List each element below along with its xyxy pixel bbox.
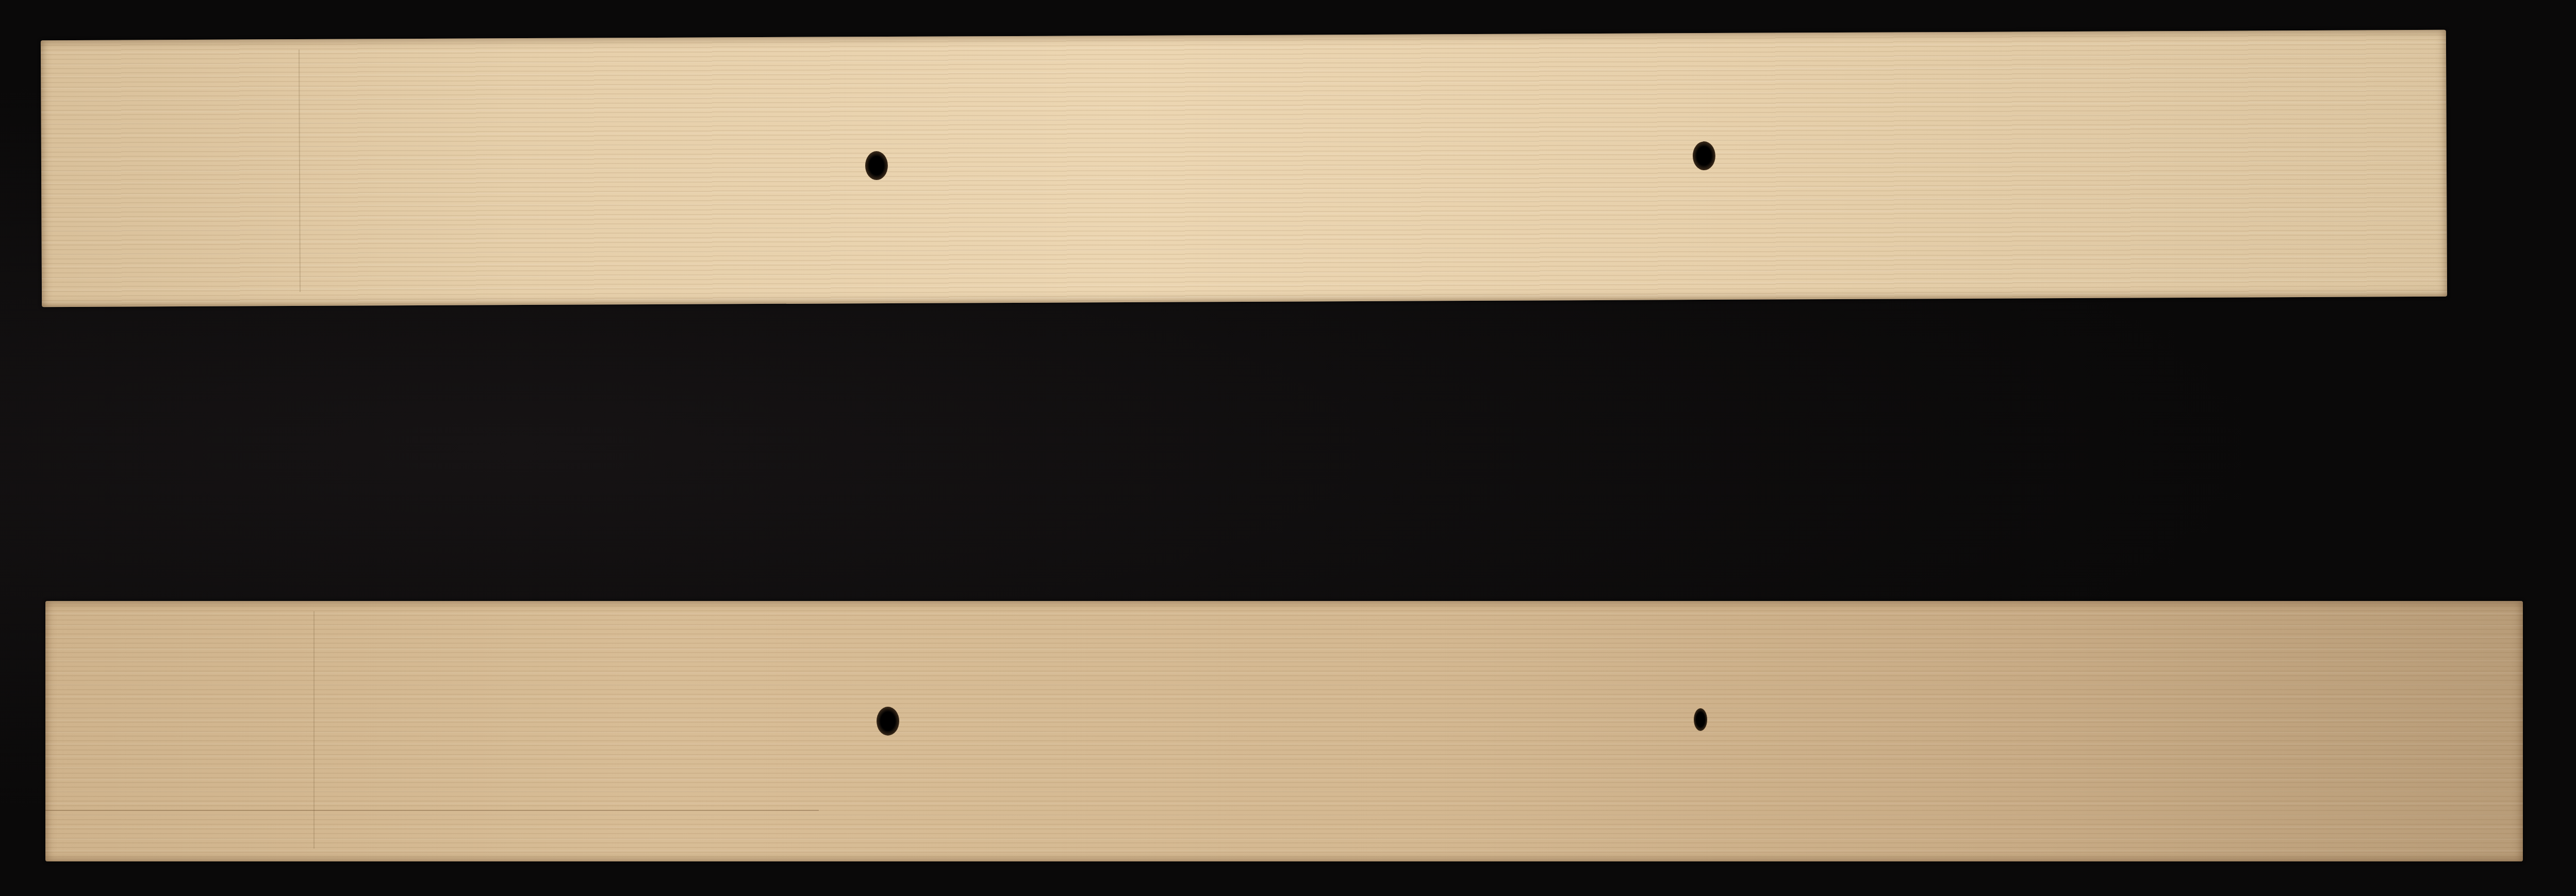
top-palm-leaf: [41, 30, 2447, 307]
string-hole-left: [865, 151, 888, 180]
margin-ruling: [299, 50, 301, 292]
bottom-palm-leaf: [45, 601, 2523, 861]
scribe-ruling: [45, 810, 819, 811]
string-hole-right: [1693, 141, 1715, 170]
string-hole-right: [1694, 708, 1707, 731]
string-hole-left: [877, 707, 899, 736]
margin-ruling: [313, 611, 315, 849]
